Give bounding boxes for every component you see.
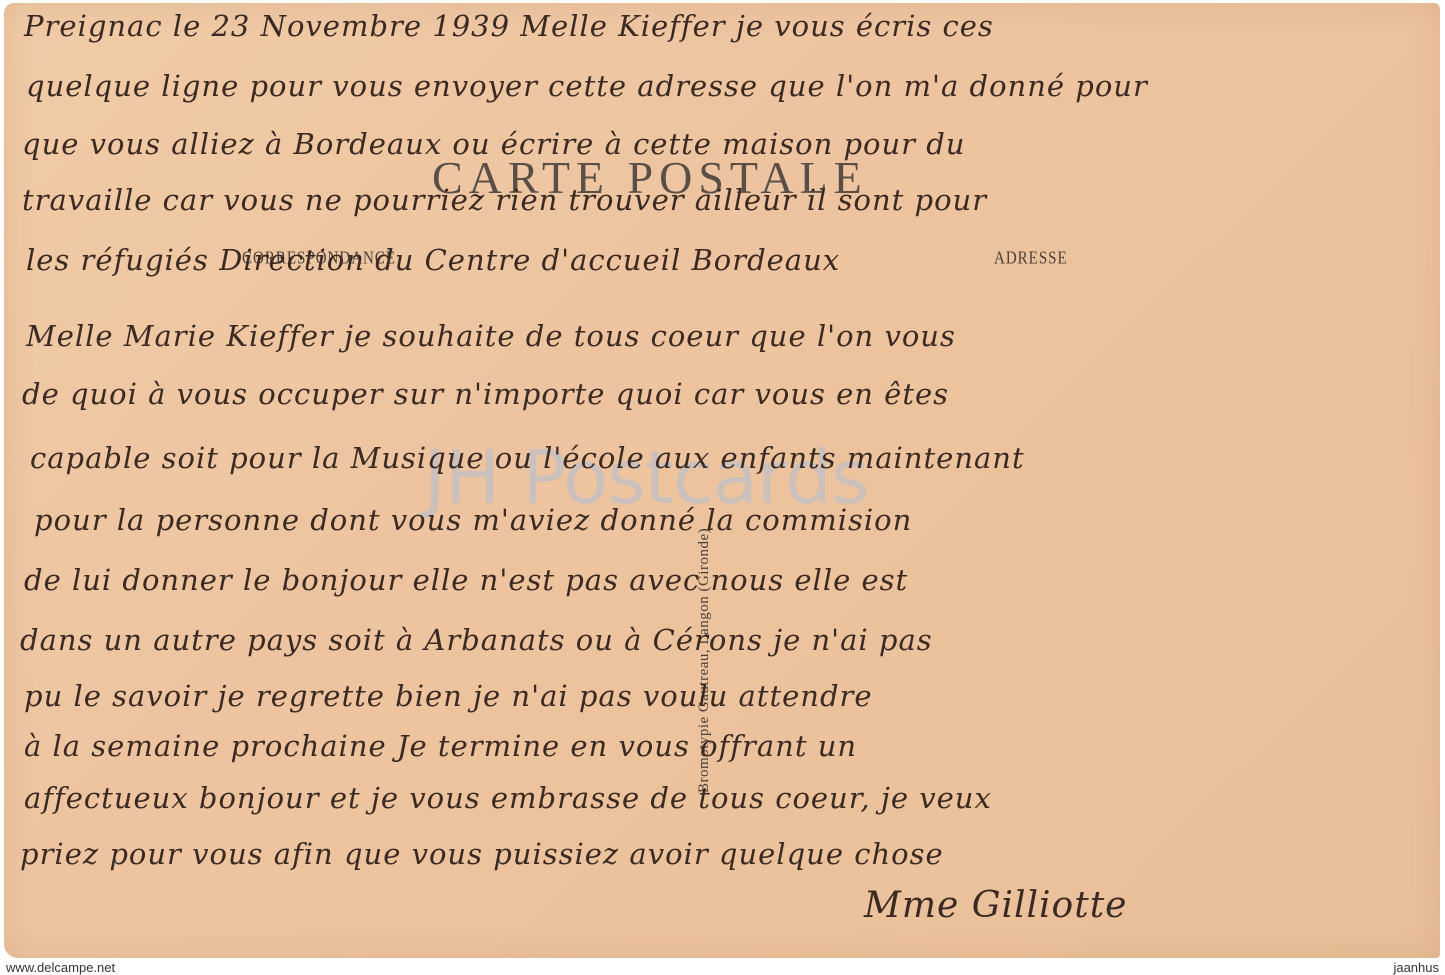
- signature: Mme Gilliotte: [864, 885, 1127, 926]
- handwriting-line: pu le savoir je regrette bien je n'ai pa…: [24, 679, 873, 713]
- handwriting-line: à la semaine prochaine Je termine en vou…: [24, 729, 857, 763]
- handwriting-line: dans un autre pays soit à Arbanats ou à …: [20, 623, 933, 657]
- handwriting-line: pour la personne dont vous m'aviez donné…: [34, 503, 912, 537]
- handwriting-line: les réfugiés Direction du Centre d'accue…: [26, 243, 840, 277]
- seller-name: jaanhus: [1393, 960, 1439, 975]
- handwriting-line: travaille car vous ne pourriez rien trou…: [22, 183, 987, 217]
- postcard-back: CARTE POSTALE CORRESPONDANCE ADRESSE JH …: [4, 3, 1440, 958]
- handwriting-line: quelque ligne pour vous envoyer cette ad…: [26, 69, 1148, 103]
- handwriting-line: Melle Marie Kieffer je souhaite de tous …: [26, 319, 956, 353]
- handwriting-line: de lui donner le bonjour elle n'est pas …: [24, 563, 908, 597]
- handwriting-line: priez pour vous afin que vous puissiez a…: [20, 837, 944, 871]
- handwriting-line: capable soit pour la Musique ou l'école …: [30, 441, 1025, 475]
- handwriting-line: affectueux bonjour et je vous embrasse d…: [24, 781, 992, 815]
- handwriting-line: de quoi à vous occuper sur n'importe quo…: [22, 377, 949, 411]
- handwriting-line: que vous alliez à Bordeaux ou écrire à c…: [22, 127, 966, 161]
- address-label: ADRESSE: [994, 249, 1068, 269]
- handwriting-line: Preignac le 23 Novembre 1939 Melle Kieff…: [24, 9, 994, 43]
- delcampe-link[interactable]: www.delcampe.net: [6, 960, 115, 975]
